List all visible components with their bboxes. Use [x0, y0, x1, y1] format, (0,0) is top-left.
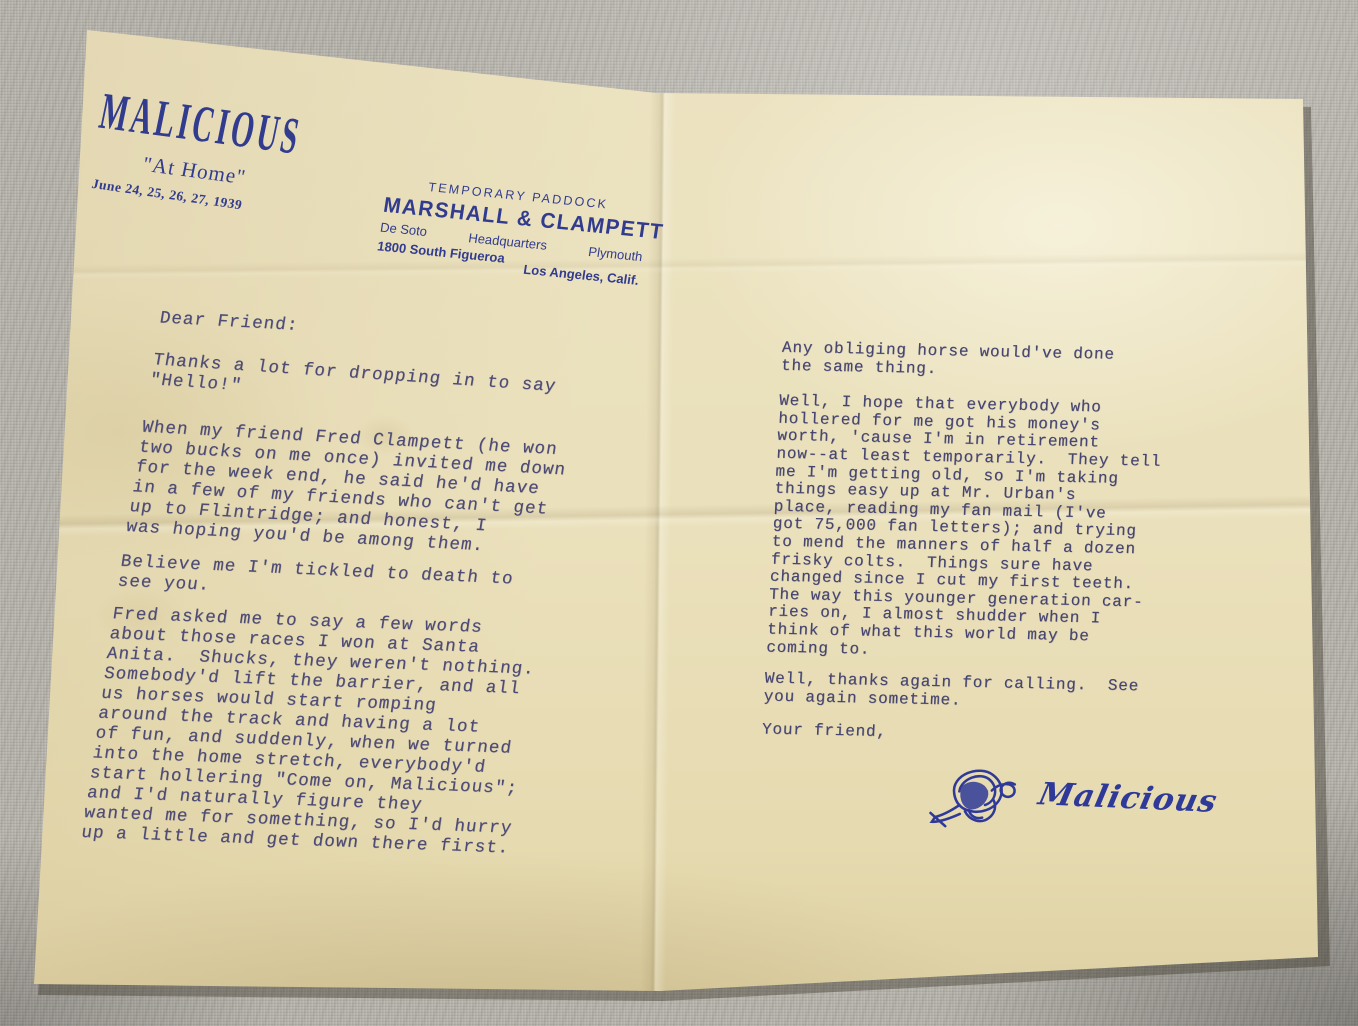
letter-right-column: Any obliging horse would've done the sam…	[756, 340, 1212, 844]
letter-left-column: Dear Friend: Thanks a lot for dropping i…	[76, 308, 631, 868]
letter-paragraph: Any obliging horse would've done the sam…	[781, 340, 1213, 384]
letterhead-name: MALICIOUS	[96, 86, 234, 154]
signature-block: Malicious	[924, 755, 1191, 846]
letterhead-city: Los Angeles, Calif.	[522, 262, 640, 288]
letter-paragraph: Well, I hope that everybody who hollered…	[766, 393, 1210, 666]
letter-closing: Your friend,	[761, 722, 1192, 749]
letter-paragraph: When my friend Fred Clampett (he won two…	[125, 418, 613, 563]
letter-paper: MALICIOUS "At Home" June 24, 25, 26, 27,…	[0, 0, 1358, 1026]
horse-head-doodle-icon	[924, 755, 1027, 840]
brand-desoto: De Soto	[379, 220, 428, 239]
letter-paragraph: Thanks a lot for dropping in to say "Hel…	[148, 350, 623, 421]
letter-paragraph: Fred asked me to say a few words about t…	[80, 604, 585, 860]
signature-script: Malicious	[1037, 786, 1219, 811]
letter-paragraph: Well, thanks again for calling. See you …	[763, 671, 1195, 715]
letter-paragraph: Believe me I'm tickled to death to see y…	[116, 552, 592, 613]
letterhead-horse-name-block: MALICIOUS "At Home" June 24, 25, 26, 27,…	[84, 86, 334, 222]
upper-fold-crease	[40, 251, 1310, 280]
photo-background: MALICIOUS "At Home" June 24, 25, 26, 27,…	[0, 0, 1358, 1026]
salutation: Dear Friend:	[158, 308, 630, 353]
